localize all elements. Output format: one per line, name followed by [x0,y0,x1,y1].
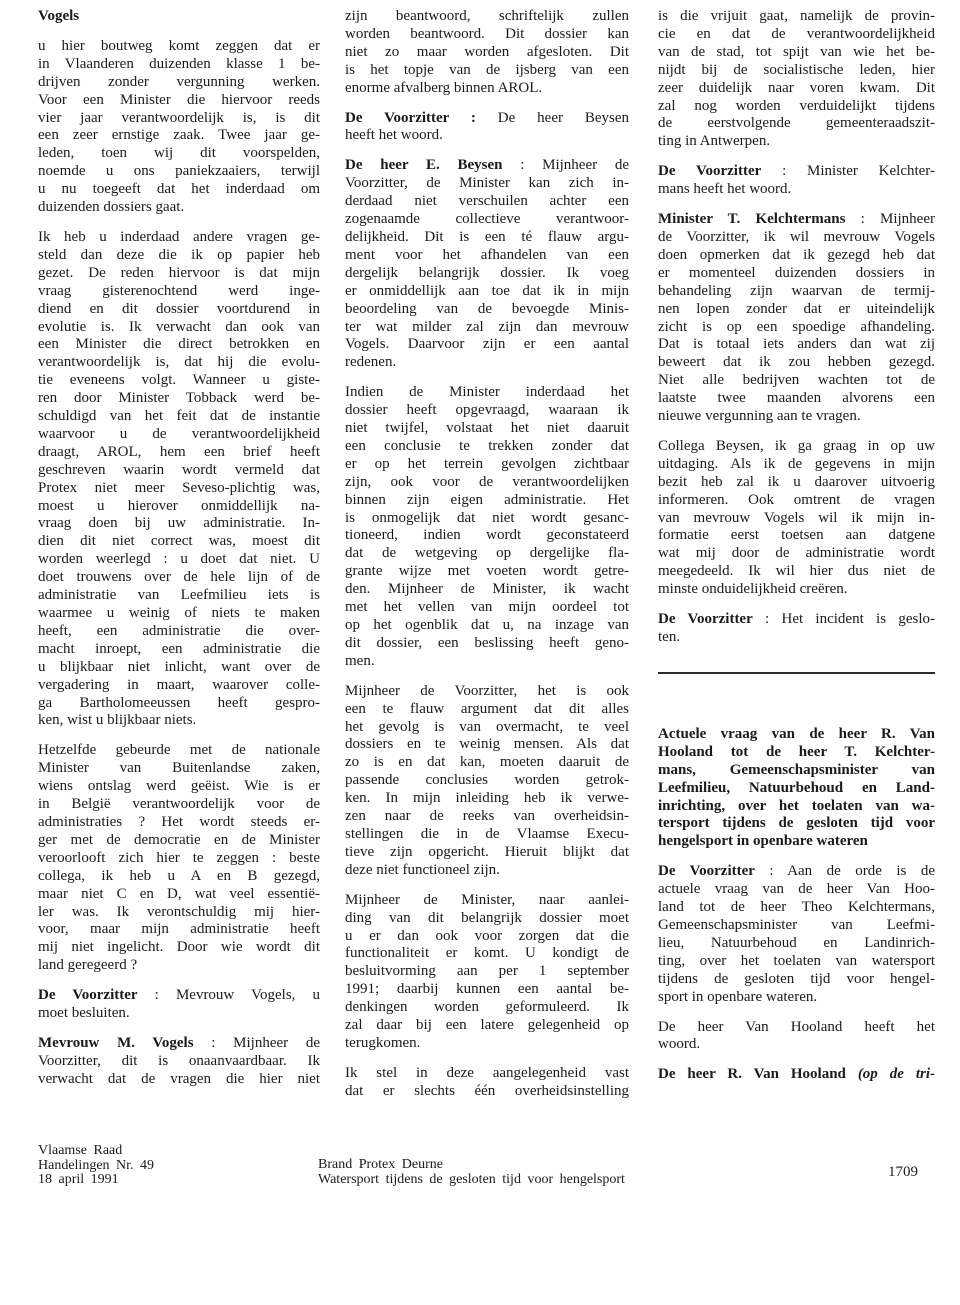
text-line: Voorzitter, dit is onaanvaardbaar. Ik [38,1053,320,1071]
text-line: dergelijk belangrijk dossier. Ik voeg [345,265,629,283]
text-run: zicht is op een spoedige afhandeling. [658,319,935,335]
text-line: een te flauw argument dat dit alles [345,701,629,719]
text-line: noemde u ons paniekzaaiers, terwijl [38,163,320,181]
text-run: mij niet ingelicht. Door wie wordt dit [38,939,320,955]
paragraph: De Voorzitter : Mevrouw Vogels, umoet be… [38,987,320,1023]
text-line: moest u hierover onmiddellijk na- [38,498,320,516]
text-line: ter wat milder zal zijn dan mevrouw [345,319,629,337]
speaker-name: De heer E. Beysen [345,157,503,173]
text-line: De Voorzitter : De heer Beysen [345,110,629,128]
text-run: Ik heb u inderdaad andere vragen ge- [38,229,320,245]
text-run: Voorzitter, dit is onaanvaardbaar. Ik [38,1053,320,1069]
text-run: op het ogenblik dat u, na inzage van [345,617,629,633]
text-line: actuele vraag van de heer Van Hoo- [658,881,935,899]
text-run: ga Bartholomeeussen heeft gespro- [38,695,320,711]
text-line: beoordeling van de bevoegde Minis- [345,301,629,319]
text-line: doen opmerken dat ik gezegd heb dat [658,247,935,265]
footer-publication-line: 18 april 1991 [38,1173,154,1188]
text-line: drijven zonder vergunning werken. [38,74,320,92]
text-run: Minister van Buitenlandse zaken, [38,760,320,776]
text-run: het gevolg is van overmacht, te veel [345,719,629,735]
text-line: er op het terrein gevolgen zichtbaar [345,456,629,474]
text-line: de Voorzitter, ik wil mevrouw Vogels [658,229,935,247]
text-line: hengelsport in openbare wateren [658,833,935,851]
text-run: zogenaamde collectieve verantwoor- [345,211,629,227]
text-run: bezit heb zal ik u daarover uitvoerig [658,474,935,490]
text-line: ken. In mijn inleiding heb ik verwe- [345,790,629,808]
text-run: u er dan ook voor zorgen dat die [345,928,629,944]
text-line: Hetzelfde gebeurde met de nationale [38,742,320,760]
text-line: Vogels [38,8,320,26]
speaker-name: De Voorzitter [658,163,761,179]
text-run: is onmogelijk dat niet wordt gesanc- [345,510,629,526]
text-line: Vogels. Daarvoor zijn er een aantal [345,336,629,354]
text-line: mij niet ingelicht. Door wie wordt dit [38,939,320,957]
paragraph: De heer R. Van Hooland (op de tri- [658,1066,935,1084]
text-line: maar niet C en D, wat veel essentië- [38,886,320,904]
text-line: het gevolg is van overmacht, te veel [345,719,629,737]
text-line: besluitvorming aan per 1 september [345,963,629,981]
text-line: men. [345,653,629,671]
text-line: Ik stel in deze aangelegenheid vast [345,1065,629,1083]
text-line: in Vlaanderen duizenden klasse 1 be- [38,56,320,74]
text-run: minste onduidelijkheid creëren. [658,581,848,597]
text-line: minste onduidelijkheid creëren. [658,581,935,599]
text-run: wat mij door de administratie wordt [658,545,935,561]
text-run: behandeling zijn waarvan de termij- [658,283,935,299]
text-run: gezet. De reden hiervoor is dat mijn [38,265,320,281]
footer-publication-line: Handelingen Nr. 49 [38,1159,154,1174]
text-line: Mijnheer de Voorzitter, het is ook [345,683,629,701]
text-line: heeft, een administratie die over- [38,623,320,641]
paragraph: De Voorzitter : Het incident is geslo-te… [658,611,935,647]
speaker-name: De heer R. Van Hooland [658,1066,858,1082]
text-line: 1991; daarbij kunnen een aantal be- [345,981,629,999]
text-line: functionaliteit er komt. U kondigt de [345,945,629,963]
paragraph: Hetzelfde gebeurde met de nationaleMinis… [38,742,320,975]
text-line: ting in Antwerpen. [658,133,935,151]
text-run: ter wat milder zal zijn dan mevrouw [345,319,629,335]
text-run: 1991; daarbij kunnen een aantal be- [345,981,629,997]
text-line: Dat is totaal iets anders dan wat zij [658,336,935,354]
text-run: Niet alle bedrijven wachten tot de [658,372,935,388]
text-line: niet twijfel, volstaat het niet daaruit [345,420,629,438]
text-run: doen opmerken dat ik gezegd heb dat [658,247,935,263]
footer-topic-line: Brand Protex Deurne [318,1158,625,1173]
text-line: delijkheid. Dit is een té flauw argu- [345,229,629,247]
text-run: ler was. Ik verontschuldig mij hier- [38,904,320,920]
text-line: denkingen worden geformuleerd. Ik [345,999,629,1017]
text-run: vraag doen bij uw administratie. In- [38,515,320,531]
text-line: Niet alle bedrijven wachten tot de [658,372,935,390]
text-run: De heer Beysen [476,110,629,126]
text-run: beoordeling van de bevoegde Minis- [345,301,629,317]
text-line: De heer R. Van Hooland (op de tri- [658,1066,935,1084]
text-run: verantwoordelijk is, dat hij die evolu- [38,354,320,370]
text-run: dat de wetgeving op dergelijke fla- [345,545,629,561]
text-line: vier jaar verantwoordelijk is, is dit [38,110,320,128]
text-line: terugkomen. [345,1035,629,1053]
text-run: u blijkbaar niet inlicht, want over de [38,659,320,675]
text-run: actuele vraag van de heer Van Hoo- [658,881,935,897]
text-run: ken, wist u blijkbaar niets. [38,712,196,728]
text-line: niet zo maar worden afgesloten. Dit [345,44,629,62]
text-run: : Mevrouw Vogels, u [138,987,320,1003]
text-run: tie eveneens volgt. Wanneer u giste- [38,372,320,388]
speaker-name: Minister T. Kelchtermans [658,211,845,227]
text-line: ding van dit belangrijk dossier moet [345,910,629,928]
text-line: is onmogelijk dat niet wordt gesanc- [345,510,629,528]
text-line: dat er slechts één overheidsinstelling [345,1083,629,1101]
text-line: beweert dat ik zou hebben gezegd. [658,354,935,372]
text-line: bezit heb zal ik u daarover uitvoerig [658,474,935,492]
text-line: tioneerd, indien wordt geconstateerd [345,527,629,545]
text-run: u hier boutweg komt zeggen dat er [38,38,320,54]
text-line: grante wijze met voeten wordt getre- [345,563,629,581]
text-run: heeft het woord. [345,127,443,143]
text-line: Actuele vraag van de heer R. Van [658,726,935,744]
speaker-name: Mevrouw M. Vogels [38,1035,194,1051]
footer-publication-info: Vlaamse Raad Handelingen Nr. 49 18 april… [38,1144,154,1188]
paragraph: Vogels [38,8,320,26]
text-run: uitdaging. Als ik de gegevens in mijn [658,456,935,472]
text-column-right: is die vrijuit gaat, namelijk de provin-… [658,8,935,1096]
text-run: beweert dat ik zou hebben gezegd. [658,354,935,370]
text-line: Collega Beysen, ik ga graag in op uw [658,438,935,456]
text-line: formatie eerst toetsen aan datgene [658,527,935,545]
text-line: dossier heeft opgevraagd, waaraan ik [345,402,629,420]
text-run: tioneerd, indien wordt geconstateerd [345,527,629,543]
text-run: administraties ? Het wordt steeds er- [38,814,320,830]
speaker-name: De Voorzitter [38,987,138,1003]
text-line: zeer duidelijk naar voren kwam. Dit [658,80,935,98]
text-run: Dat is totaal iets anders dan wat zij [658,336,935,352]
text-line: is het topje van de ijsberg van een [345,62,629,80]
text-run: informeren. Ook omtrent de vragen [658,492,935,508]
text-run: vraag gisterenochtend werd inge- [38,283,320,299]
text-line: draagt, AROL, hem een brief heeft [38,444,320,462]
paragraph: u hier boutweg komt zeggen dat erin Vlaa… [38,38,320,217]
text-line: woord. [658,1036,935,1054]
text-run: vergadering in maart, waarover colle- [38,677,320,693]
text-line: ga Bartholomeeussen heeft gespro- [38,695,320,713]
text-run: : Aan de orde is de [755,863,935,879]
text-line: administraties ? Het wordt steeds er- [38,814,320,832]
text-line: ment voor het afhandelen van een [345,247,629,265]
text-run: in Vlaanderen duizenden klasse 1 be- [38,56,320,72]
text-run: Actuele vraag van de heer R. Van [658,726,935,742]
paragraph: Mijnheer de Minister, naar aanlei-ding v… [345,892,629,1053]
speaker-name: (op de tri- [858,1066,935,1082]
paragraph: is die vrijuit gaat, namelijk de provin-… [658,8,935,151]
text-run: ment voor het afhandelen van een [345,247,629,263]
text-run: dossier heeft opgevraagd, waaraan ik [345,402,629,418]
text-line: vraag gisterenochtend werd inge- [38,283,320,301]
text-run: er op het terrein gevolgen zichtbaar [345,456,629,472]
text-line: duizenden dossiers gaat. [38,199,320,217]
text-run: : Mijnheer [845,211,935,227]
text-line: een conclusie te trekken zonder dat [345,438,629,456]
text-run: lieu, Natuurbehoud en Landinrich- [658,935,935,951]
text-line: dat de wetgeving op dergelijke fla- [345,545,629,563]
paragraph: Minister T. Kelchtermans : Mijnheerde Vo… [658,211,935,426]
text-run: tersport tijdens de gesloten tijd voor [658,815,935,831]
text-run: heeft, een administratie die over- [38,623,320,639]
text-run: derdaad niet verschuilen achter een [345,193,629,209]
text-run: nieuwe vergunning aan te vragen. [658,408,861,424]
text-line: meegedeeld. Ik wil hier dus niet de [658,563,935,581]
text-line: informeren. Ook omtrent de vragen [658,492,935,510]
text-run: tieve zijn opgericht. Hieruit blijkt dat [345,844,629,860]
text-run: drijven zonder vergunning werken. [38,74,320,90]
text-line: ting, over het toelaten van watersport [658,953,935,971]
text-run: zeer duidelijk naar voren kwam. Dit [658,80,935,96]
text-run: ting, over het toelaten van watersport [658,953,935,969]
speaker-name: De Voorzitter : [345,110,476,126]
text-run: schuldigd van het feit dat de instantie [38,408,320,424]
text-run: moest u hierover onmiddellijk na- [38,498,320,514]
text-run: een zeer ernstige zaak. Twee jaar ge- [38,127,320,143]
text-line: redenen. [345,354,629,372]
text-run: stellingen die in de Vlaamse Execu- [345,826,629,842]
paragraph: Collega Beysen, ik ga graag in op uwuitd… [658,438,935,599]
text-line: er momenteel duizenden dossiers in [658,265,935,283]
text-line: ten. [658,629,935,647]
text-run: verwacht dat de vragen die hier niet [38,1071,320,1087]
text-line: passende conclusies worden getrok- [345,772,629,790]
text-run: Voor een Minister die hiervoor reeds [38,92,320,108]
text-line: binnen zijn eigen administratie. Het [345,492,629,510]
text-line: een Minister die direct betrokken en [38,336,320,354]
text-run: terugkomen. [345,1035,420,1051]
text-run: enorme afvalberg binnen AROL. [345,80,542,96]
text-run: land tot de heer Theo Kelchtermans, [658,899,935,915]
text-line: veroorlooft zich hier te zeggen : beste [38,850,320,868]
paragraph: De heer Van Hooland heeft hetwoord. [658,1019,935,1055]
text-line: Mijnheer de Minister, naar aanlei- [345,892,629,910]
text-run: Mijnheer de Minister, naar aanlei- [345,892,629,908]
text-line: inrichting, over het toelaten van wa- [658,798,935,816]
text-run: delijkheid. Dit is een té flauw argu- [345,229,629,245]
text-run: u nu toegeeft dat het inderdaad om [38,181,320,197]
text-run: binnen zijn eigen administratie. Het [345,492,629,508]
paragraph: Ik stel in deze aangelegenheid vastdat e… [345,1065,629,1101]
paragraph: Mijnheer de Voorzitter, het is ookeen te… [345,683,629,880]
text-run: Voorzitter, de Minister kan zich in- [345,175,629,191]
paragraph: Mevrouw M. Vogels : Mijnheer deVoorzitte… [38,1035,320,1089]
text-run: denkingen worden geformuleerd. Ik [345,999,629,1015]
text-run: woord. [658,1036,700,1052]
text-run: sport in openbare wateren. [658,989,817,1005]
text-line: land geregeerd ? [38,957,320,975]
text-run: zijn beantwoord, schriftelijk zullen [345,8,629,24]
text-run: dergelijk belangrijk dossier. Ik voeg [345,265,629,281]
text-run: is het topje van de ijsberg van een [345,62,629,78]
text-run: draagt, AROL, hem een brief heeft [38,444,320,460]
text-line: derdaad niet verschuilen achter een [345,193,629,211]
text-run: worden beantwoord. Dit dossier kan [345,26,629,42]
text-line: mans, Gemeenschapsminister van [658,762,935,780]
paragraph: De Voorzitter : Aan de orde is deactuele… [658,863,935,1006]
paragraph: Ik heb u inderdaad andere vragen ge-stel… [38,229,320,730]
text-run: deze niet functioneel zijn. [345,862,500,878]
text-line: zen naar de reeks van overheidsin- [345,808,629,826]
text-run: tijdens de gesloten tijd voor hengel- [658,971,935,987]
text-run: Ik stel in deze aangelegenheid vast [345,1065,629,1081]
paragraph: zijn beantwoord, schriftelijk zullenword… [345,8,629,98]
text-run: van de stad, tot spijt van wie het be- [658,44,935,60]
text-run: de eerstvolgende gemeenteraadszit- [658,115,935,131]
text-line: administratie van Leefmilieu iets is [38,587,320,605]
text-line: nen lopen zonder dat er uiteindelijk [658,301,935,319]
text-run: grante wijze met voeten wordt getre- [345,563,629,579]
text-line: Gemeenschapsminister van Leefmi- [658,917,935,935]
text-line: zicht is op een spoedige afhandeling. [658,319,935,337]
text-run: er onmiddellijk aan toe dat ik in mijn [345,283,629,299]
text-line: tie eveneens volgt. Wanneer u giste- [38,372,320,390]
text-run: hengelsport in openbare wateren [658,833,868,849]
text-line: macht inroept, een administratie die [38,641,320,659]
text-line: ken, wist u blijkbaar niets. [38,712,320,730]
text-run: is die vrijuit gaat, namelijk de provin- [658,8,935,24]
text-line: worden beantwoord. Dit dossier kan [345,26,629,44]
text-line: zal daar bij een latere gelegenheid op [345,1017,629,1035]
text-run: waarvoor u de verantwoordelijkheid [38,426,320,442]
text-line: u blijkbaar niet inlicht, want over de [38,659,320,677]
text-run: met het vellen van mijn oordeel tot [345,599,629,615]
text-run: mans, Gemeenschapsminister van [658,762,935,778]
text-run: land geregeerd ? [38,957,137,973]
text-line: wat mij door de administratie wordt [658,545,935,563]
document-page: Vogelsu hier boutweg komt zeggen dat eri… [0,0,960,1305]
text-run: veroorlooft zich hier te zeggen : beste [38,850,320,866]
text-line: zijn beantwoord, schriftelijk zullen [345,8,629,26]
footer-publication-line: Vlaamse Raad [38,1144,154,1159]
text-run: zen naar de reeks van overheidsin- [345,808,629,824]
text-line: u nu toegeeft dat het inderdaad om [38,181,320,199]
text-run: Hetzelfde gebeurde met de nationale [38,742,320,758]
text-line: ler was. Ik verontschuldig mij hier- [38,904,320,922]
text-line: Minister T. Kelchtermans : Mijnheer [658,211,935,229]
text-run: voor, maar mijn administratie heeft [38,921,320,937]
text-run: niet zo maar worden afgesloten. Dit [345,44,629,60]
text-run: de Voorzitter, ik wil mevrouw Vogels [658,229,935,245]
text-line: Leefmilieu, Natuurbehoud en Land- [658,780,935,798]
text-line: Voorzitter, de Minister kan zich in- [345,175,629,193]
text-line: Mevrouw M. Vogels : Mijnheer de [38,1035,320,1053]
text-run: ken. In mijn inleiding heb ik verwe- [345,790,629,806]
text-line: steld dan deze die ik op papier heb [38,247,320,265]
text-run: : Minister Kelchter- [761,163,935,179]
text-run: ting in Antwerpen. [658,133,770,149]
text-line: lieu, Natuurbehoud en Landinrich- [658,935,935,953]
text-run: wiens ontslag werd geëist. Wie is er [38,778,320,794]
text-line: tersport tijdens de gesloten tijd voor [658,815,935,833]
text-line: dossiers en te weinig mensen. Als dat [345,736,629,754]
section-divider [658,672,935,674]
text-line: collega, ik heb u A en B gezegd, [38,868,320,886]
text-run: zijn, ook voor de verantwoordelijken [345,474,629,490]
text-run: besluitvorming aan per 1 september [345,963,629,979]
text-line: tieve zijn opgericht. Hieruit blijkt dat [345,844,629,862]
footer-page-number: 1709 [888,1164,918,1181]
text-run: worden weerlegd : u doet dat niet. U [38,551,320,567]
text-line: sport in openbare wateren. [658,989,935,1007]
text-run: zo is en dat kan, moeten daaruit de [345,754,629,770]
text-run: ding van dit belangrijk dossier moet [345,910,629,926]
text-line: Voor een Minister die hiervoor reeds [38,92,320,110]
text-line: uitdaging. Als ik de gegevens in mijn [658,456,935,474]
text-line: deze niet functioneel zijn. [345,862,629,880]
text-run: : Het incident is geslo- [753,611,935,627]
speaker-name: De Voorzitter [658,611,753,627]
text-line: tijdens de gesloten tijd voor hengel- [658,971,935,989]
text-run: dien dit niet correct was, moest dit [38,533,320,549]
paragraph: De Voorzitter : De heer Beysenheeft het … [345,110,629,146]
text-line: geschreven waarin wordt vermeld dat [38,462,320,480]
text-line: waarvoor u de verantwoordelijkheid [38,426,320,444]
text-run: collega, ik heb u A en B gezegd, [38,868,320,884]
text-run: administratie van Leefmilieu iets is [38,587,320,603]
text-line: De Voorzitter : Mevrouw Vogels, u [38,987,320,1005]
text-run: inrichting, over het toelaten van wa- [658,798,935,814]
section-heading: Actuele vraag van de heer R. VanHooland … [658,726,935,851]
text-line: van de stad, tot spijt van wie het be- [658,44,935,62]
text-line: Protex niet meer Seveso-plichtig was, [38,480,320,498]
text-run: niet twijfel, volstaat het niet daaruit [345,420,629,436]
text-run: een conclusie te trekken zonder dat [345,438,629,454]
text-run: evolutie is. Ik verwacht dan ook van [38,319,320,335]
text-run: in België verantwoordelijk voor de [38,796,320,812]
text-run: een Minister die direct betrokken en [38,336,320,352]
text-run: Mijnheer de Voorzitter, het is ook [345,683,629,699]
paragraph: De Voorzitter : Minister Kelchter-mans h… [658,163,935,199]
text-line: van mevrouw Vogels wil ik mijn in- [658,510,935,528]
text-run: formatie eerst toetsen aan datgene [658,527,935,543]
text-run: vier jaar verantwoordelijk is, is dit [38,110,320,126]
text-run: functionaliteit er komt. U kondigt de [345,945,629,961]
text-run: cie en dat de verantwoordelijkheid [658,26,935,42]
text-run: een te flauw argument dat dit alles [345,701,629,717]
text-line: enorme afvalberg binnen AROL. [345,80,629,98]
text-run: duizenden dossiers gaat. [38,199,184,215]
text-line: met het vellen van mijn oordeel tot [345,599,629,617]
text-line: de eerstvolgende gemeenteraadszit- [658,115,935,133]
text-run: Protex niet meer Seveso-plichtig was, [38,480,320,496]
text-run: doet trouwens over de hele lijn of de [38,569,320,585]
text-line: gezet. De reden hiervoor is dat mijn [38,265,320,283]
text-line: den. Mijnheer de Minister, ik wacht [345,581,629,599]
text-line: verwacht dat de vragen die hier niet [38,1071,320,1089]
text-run: Leefmilieu, Natuurbehoud en Land- [658,780,935,796]
text-line: Indien de Minister inderdaad het [345,384,629,402]
text-run: redenen. [345,354,396,370]
text-line: stellingen die in de Vlaamse Execu- [345,826,629,844]
text-run: : Mijnheer de [503,157,630,173]
text-run: : Mijnheer de [194,1035,320,1051]
text-run: den. Mijnheer de Minister, ik wacht [345,581,629,597]
text-line: dit dossier, een beslissing heeft geno- [345,635,629,653]
text-line: nijdt bij de socialistische leden, hier [658,62,935,80]
text-run: geschreven waarin wordt vermeld dat [38,462,320,478]
text-line: verantwoordelijk is, dat hij die evolu- [38,354,320,372]
speaker-name: De Voorzitter [658,863,755,879]
text-run: ren door Minister Tobback werd be- [38,390,320,406]
text-line: De heer Van Hooland heeft het [658,1019,935,1037]
text-run: nen lopen zonder dat er uiteindelijk [658,301,935,317]
text-run: noemde u ons paniekzaaiers, terwijl [38,163,320,179]
text-line: zal nog worden verduidelijkt tijdens [658,98,935,116]
